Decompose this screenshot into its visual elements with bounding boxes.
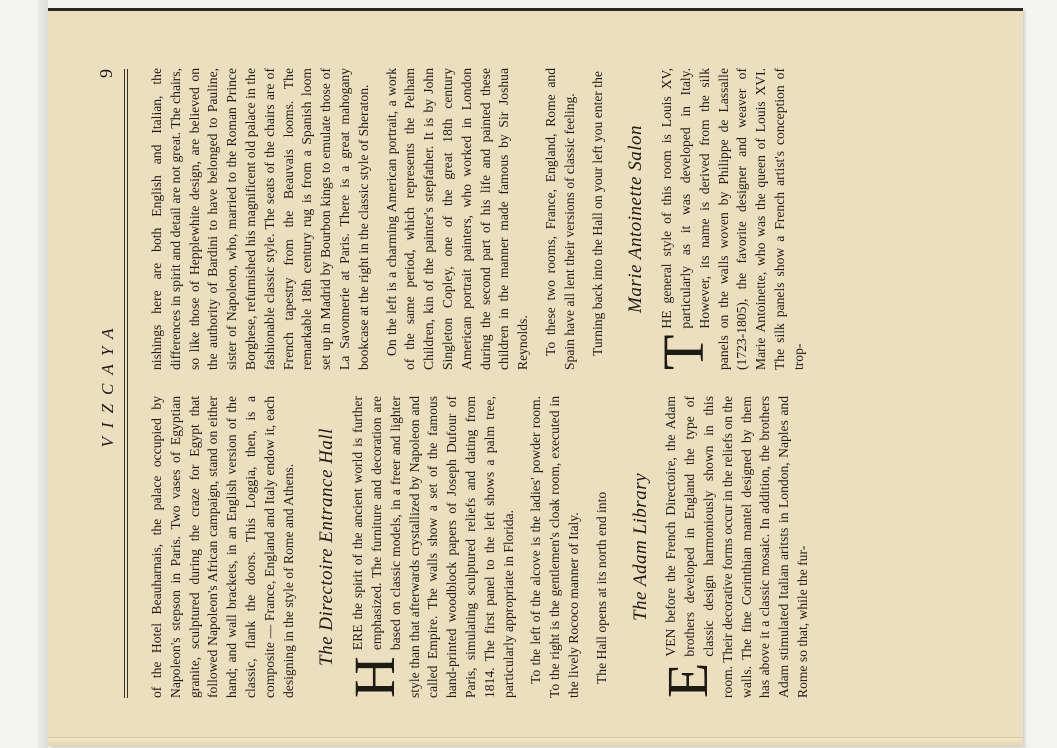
section-heading-directoire: The Directoire Entrance Hall: [318, 396, 337, 698]
marie-antoinette-paragraph-1: THE general style of this room is Louis …: [658, 68, 808, 370]
right-paragraph-2: On the left is a charming American portr…: [383, 68, 533, 370]
drop-cap: T: [661, 335, 707, 370]
right-paragraph-1: nishings here are both English and Itali…: [148, 68, 374, 370]
intro-paragraph: of the Hotel Beauharnais, the palace occ…: [148, 396, 298, 698]
right-paragraph-3: To these two rooms, France, England, Rom…: [542, 68, 580, 370]
left-column: of the Hotel Beauharnais, the palace occ…: [148, 396, 813, 698]
lead-in: HE: [659, 310, 674, 328]
adam-library-paragraph-1: EVEN before the French Directoire, the A…: [662, 396, 812, 698]
paragraph-text: general style of this room is Louis XV, …: [659, 68, 806, 370]
drop-cap: E: [665, 663, 711, 698]
scan-shadow-strip: [38, 0, 48, 748]
paragraph-text: before the French Directoire, the Adam b…: [663, 396, 810, 698]
directoire-paragraph-1: HERE the spirit of the ancient world is …: [349, 396, 518, 698]
section-heading-marie-antoinette: Marie Antoinette Salon: [627, 68, 646, 370]
rotated-page-content: VIZCAYA 9 of the Hotel Beauharnais, the …: [48, 11, 1023, 746]
directoire-paragraph-3: The Hall opens at its north end into: [593, 396, 612, 698]
right-column: nishings here are both English and Itali…: [148, 68, 809, 370]
right-paragraph-4: Turning back into the Hall on your left …: [589, 68, 608, 370]
section-heading-adam-library: The Adam Library: [632, 396, 651, 698]
scanned-page: VIZCAYA 9 of the Hotel Beauharnais, the …: [48, 8, 1023, 746]
running-header: VIZCAYA 9: [94, 69, 134, 698]
page-number: 9: [96, 69, 117, 78]
running-header-title: VIZCAYA: [98, 69, 118, 698]
drop-cap: H: [352, 656, 398, 698]
lead-in: VEN: [663, 629, 678, 657]
lead-in: ERE: [350, 624, 365, 650]
paragraph-text: the spirit of the ancient world is furth…: [350, 396, 515, 698]
directoire-paragraph-2: To the left of the alcove is the ladies'…: [527, 396, 583, 698]
header-double-rule: [124, 69, 128, 698]
